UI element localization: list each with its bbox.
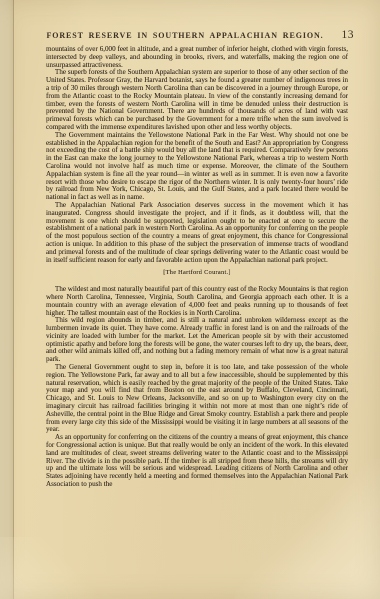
running-header-title: FOREST RESERVE IN SOUTHERN APPALACHIAN R…: [46, 31, 324, 40]
paragraph: The Appalachian National Park Associatio…: [46, 202, 348, 264]
paragraph: The superb forests of the Southern Appal…: [46, 69, 348, 131]
page-text-block: mountains of over 6,000 feet in altitude…: [46, 46, 348, 489]
page-number: 13: [342, 29, 355, 41]
paragraph: The Government maintains the Yellowstone…: [46, 132, 348, 202]
source-attribution: [The Hartford Courant.]: [46, 269, 348, 277]
paragraph: The wildest and most naturally beautiful…: [46, 286, 348, 317]
page-binding-edge: [0, 0, 14, 599]
paragraph: This wild region abounds in timber, and …: [46, 317, 348, 364]
paragraph-continuation: mountains of over 6,000 feet in altitude…: [46, 46, 348, 69]
running-header: FOREST RESERVE IN SOUTHERN APPALACHIAN R…: [46, 29, 354, 43]
paragraph: As an opportunity for conferring on the …: [46, 434, 348, 489]
scanned-book-page: FOREST RESERVE IN SOUTHERN APPALACHIAN R…: [0, 0, 380, 599]
page-curl-bottom-left: [0, 537, 120, 599]
paragraph: The General Government ought to step in,…: [46, 364, 348, 434]
